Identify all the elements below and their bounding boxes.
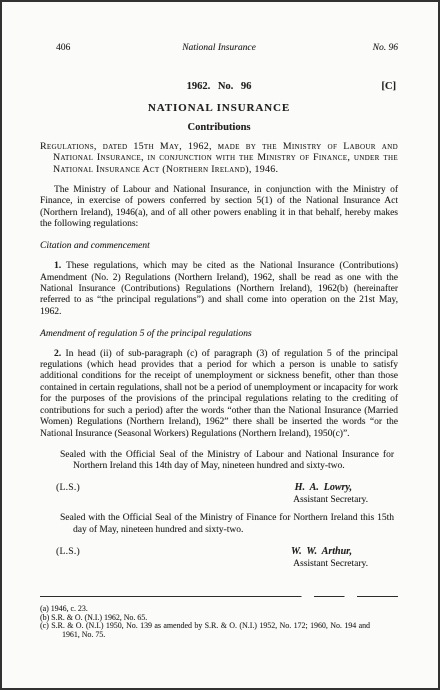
doc-heading: 1962. No. 96 [C] xyxy=(40,80,398,93)
document-page: 406 National Insurance No. 96 1962. No. … xyxy=(0,0,440,690)
section-heading-amendment: Amendment of regulation 5 of the princip… xyxy=(40,328,398,339)
footnote-rule xyxy=(40,596,398,597)
preamble: Regulations, dated 15th May, 1962, made … xyxy=(40,141,398,175)
signature-row-finance: (L.S.) W. W. Arthur, Assistant Secretary… xyxy=(40,546,398,570)
seal-mark: (L.S.) xyxy=(40,482,80,494)
regulation-2-text: In head (ii) of sub-paragraph (c) of par… xyxy=(40,349,398,439)
signatory-role: Assistant Secretary. xyxy=(293,494,398,506)
regulation-1-text: These regulations, which may be cited as… xyxy=(40,261,398,317)
section-heading-citation: Citation and commencement xyxy=(40,240,398,251)
regulation-1-number: 1. xyxy=(54,261,61,271)
footnotes: (a) 1946, c. 23. (b) S.R. & O. (N.I.) 19… xyxy=(40,605,398,640)
regulation-2: 2. In head (ii) of sub-paragraph (c) of … xyxy=(40,349,398,440)
seal-paragraph-finance: Sealed with the Official Seal of the Min… xyxy=(40,513,398,536)
seal-mark: (L.S.) xyxy=(40,546,80,558)
signature-block: W. W. Arthur, Assistant Secretary. xyxy=(291,546,398,570)
doc-title: NATIONAL INSURANCE xyxy=(40,102,398,115)
running-title: National Insurance xyxy=(40,42,398,54)
running-header: 406 National Insurance No. 96 xyxy=(40,42,398,54)
page-number: 406 xyxy=(56,42,70,54)
signature-block: H. A. Lowry, Assistant Secretary. xyxy=(293,482,398,506)
footnote-c: (c) S.R. & O. (N.I.) 1950, No. 139 as am… xyxy=(40,622,398,640)
signatory-name: H. A. Lowry, xyxy=(293,482,398,494)
signatory-name: W. W. Arthur, xyxy=(291,546,398,558)
signatory-role: Assistant Secretary. xyxy=(291,558,398,570)
intro-paragraph: The Ministry of Labour and National Insu… xyxy=(40,185,398,231)
regulation-2-number: 2. xyxy=(54,349,61,359)
seal-paragraph-labour: Sealed with the Official Seal of the Min… xyxy=(40,450,398,473)
doc-number-line: 1962. No. 96 xyxy=(187,81,252,92)
signature-row-labour: (L.S.) H. A. Lowry, Assistant Secretary. xyxy=(40,482,398,506)
running-issue-number: No. 96 xyxy=(373,42,398,54)
classification-mark: [C] xyxy=(381,80,396,93)
regulation-1: 1. These regulations, which may be cited… xyxy=(40,261,398,318)
doc-subtitle: Contributions xyxy=(40,122,398,134)
